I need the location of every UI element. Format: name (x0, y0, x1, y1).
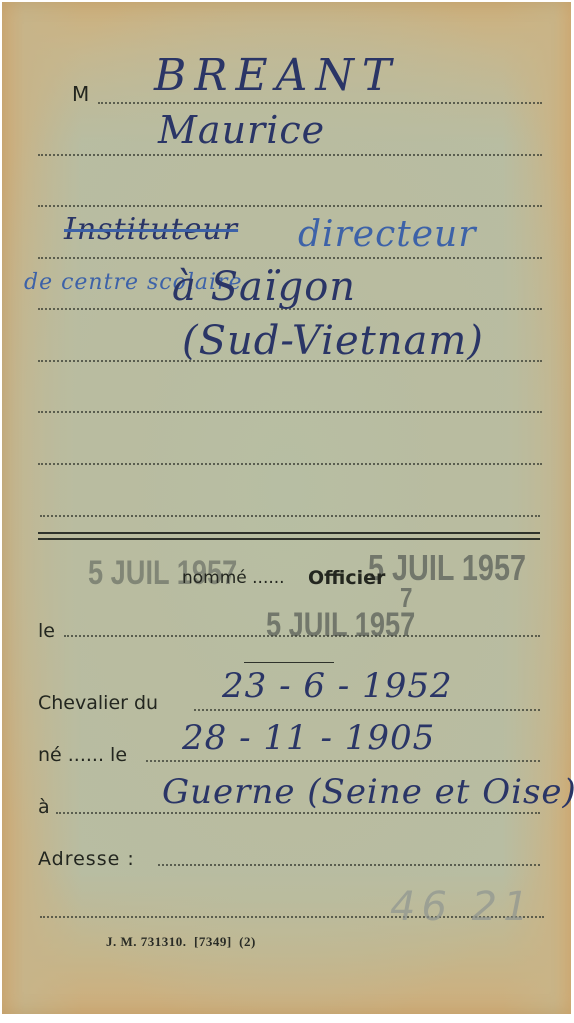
date-stamp-center: 5 JUIL 1957 (266, 606, 415, 645)
first-name-value: Maurice (158, 108, 325, 152)
chevalier-label: Chevalier du (38, 692, 158, 714)
occupation-line-1 (38, 257, 542, 259)
birth-place: Guerne (Seine et Oise) (162, 772, 574, 812)
blank-line-3 (38, 463, 542, 465)
address-line-1 (158, 864, 540, 866)
print-code: J. M. 731310. [7349] (2) (106, 934, 256, 950)
blank-line-2 (38, 411, 542, 413)
double-rule-bottom (38, 538, 540, 540)
address-label: Adresse : (38, 848, 135, 870)
occupation-director: directeur (298, 214, 476, 255)
birth-place-label: à (38, 796, 50, 818)
birth-date: 28 - 11 - 1905 (182, 718, 435, 758)
civility-label: M (72, 82, 89, 106)
surname-value: BREANT (154, 50, 399, 101)
grade-value: Officier (308, 567, 385, 589)
chevalier-date: 23 - 6 - 1952 (222, 666, 453, 706)
record-card: M BREANT Maurice Instituteur directeur d… (2, 2, 571, 1014)
blank-line-4 (40, 515, 540, 517)
nomination-date-line (64, 635, 540, 637)
occupation-struck: Instituteur (64, 212, 238, 247)
pencil-file-number: 46 21 (390, 884, 535, 930)
blank-line-1 (38, 205, 542, 207)
first-name-line (38, 154, 542, 156)
surname-line (98, 102, 542, 104)
occupation-country: (Sud-Vietnam) (182, 318, 484, 364)
short-rule (244, 662, 334, 663)
chevalier-date-line (194, 709, 540, 711)
le-label: le (38, 620, 55, 642)
birth-date-line (146, 760, 540, 762)
birth-place-line (56, 812, 540, 814)
birth-date-label: né ...... le (38, 744, 127, 766)
double-rule-top (38, 532, 540, 534)
nomme-label: nommé ...... (182, 568, 285, 588)
date-stamp-right: 5 JUIL 1957 (368, 547, 526, 589)
occupation-city: à Saïgon (172, 264, 356, 310)
